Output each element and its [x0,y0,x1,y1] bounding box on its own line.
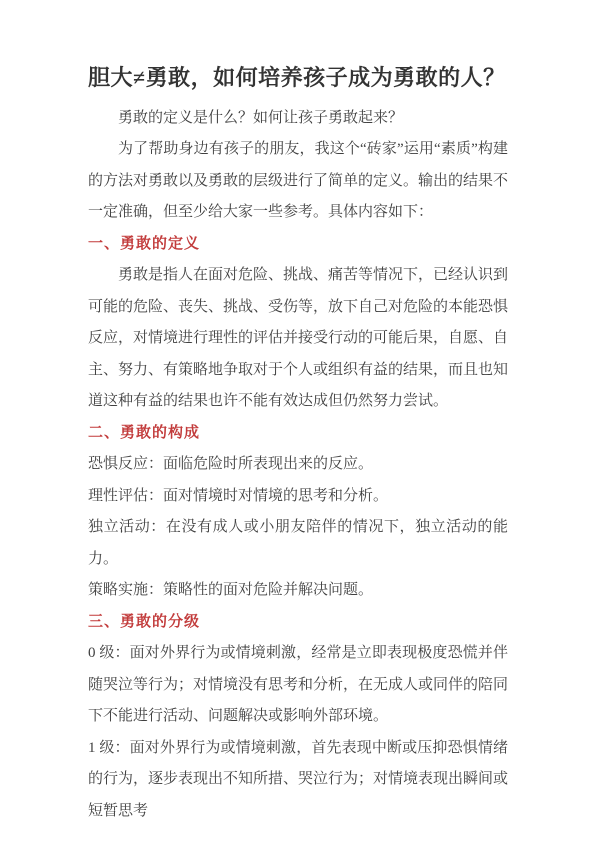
composition-item-independent-activity: 独立活动：在没有成人或小朋友陪伴的情况下，独立活动的能力。 [88,512,508,575]
section-heading-grading: 三、勇敢的分级 [88,607,508,639]
document-page: 胆大≠勇敢，如何培养孩子成为勇敢的人？ 勇敢的定义是什么？如何让孩子勇敢起来？ … [88,62,508,827]
intro-paragraph-2: 为了帮助身边有孩子的朋友，我这个“砖家”运用“素质”构建的方法对勇敢以及勇敢的层… [88,134,508,229]
grading-level-1-paragraph: 1 级：面对外界行为或情境刺激，首先表现中断或压抑恐惧情绪的行为，逐步表现出不知… [88,733,508,828]
grading-level-0-paragraph: 0 级：面对外界行为或情境刺激，经常是立即表现极度恐慌并伴随哭泣等行为；对情境没… [88,638,508,733]
section-heading-definition: 一、勇敢的定义 [88,229,508,261]
definition-paragraph: 勇敢是指人在面对危险、挑战、痛苦等情况下，已经认识到可能的危险、丧失、挑战、受伤… [88,260,508,418]
page-title: 胆大≠勇敢，如何培养孩子成为勇敢的人？ [88,62,508,94]
section-heading-composition: 二、勇敢的构成 [88,418,508,450]
composition-item-fear-response: 恐惧反应：面临危险时所表现出来的反应。 [88,449,508,481]
composition-item-rational-evaluation: 理性评估：面对情境时对情境的思考和分析。 [88,481,508,513]
intro-paragraph-1: 勇敢的定义是什么？如何让孩子勇敢起来？ [88,103,508,135]
composition-item-strategy-implementation: 策略实施：策略性的面对危险并解决问题。 [88,575,508,607]
